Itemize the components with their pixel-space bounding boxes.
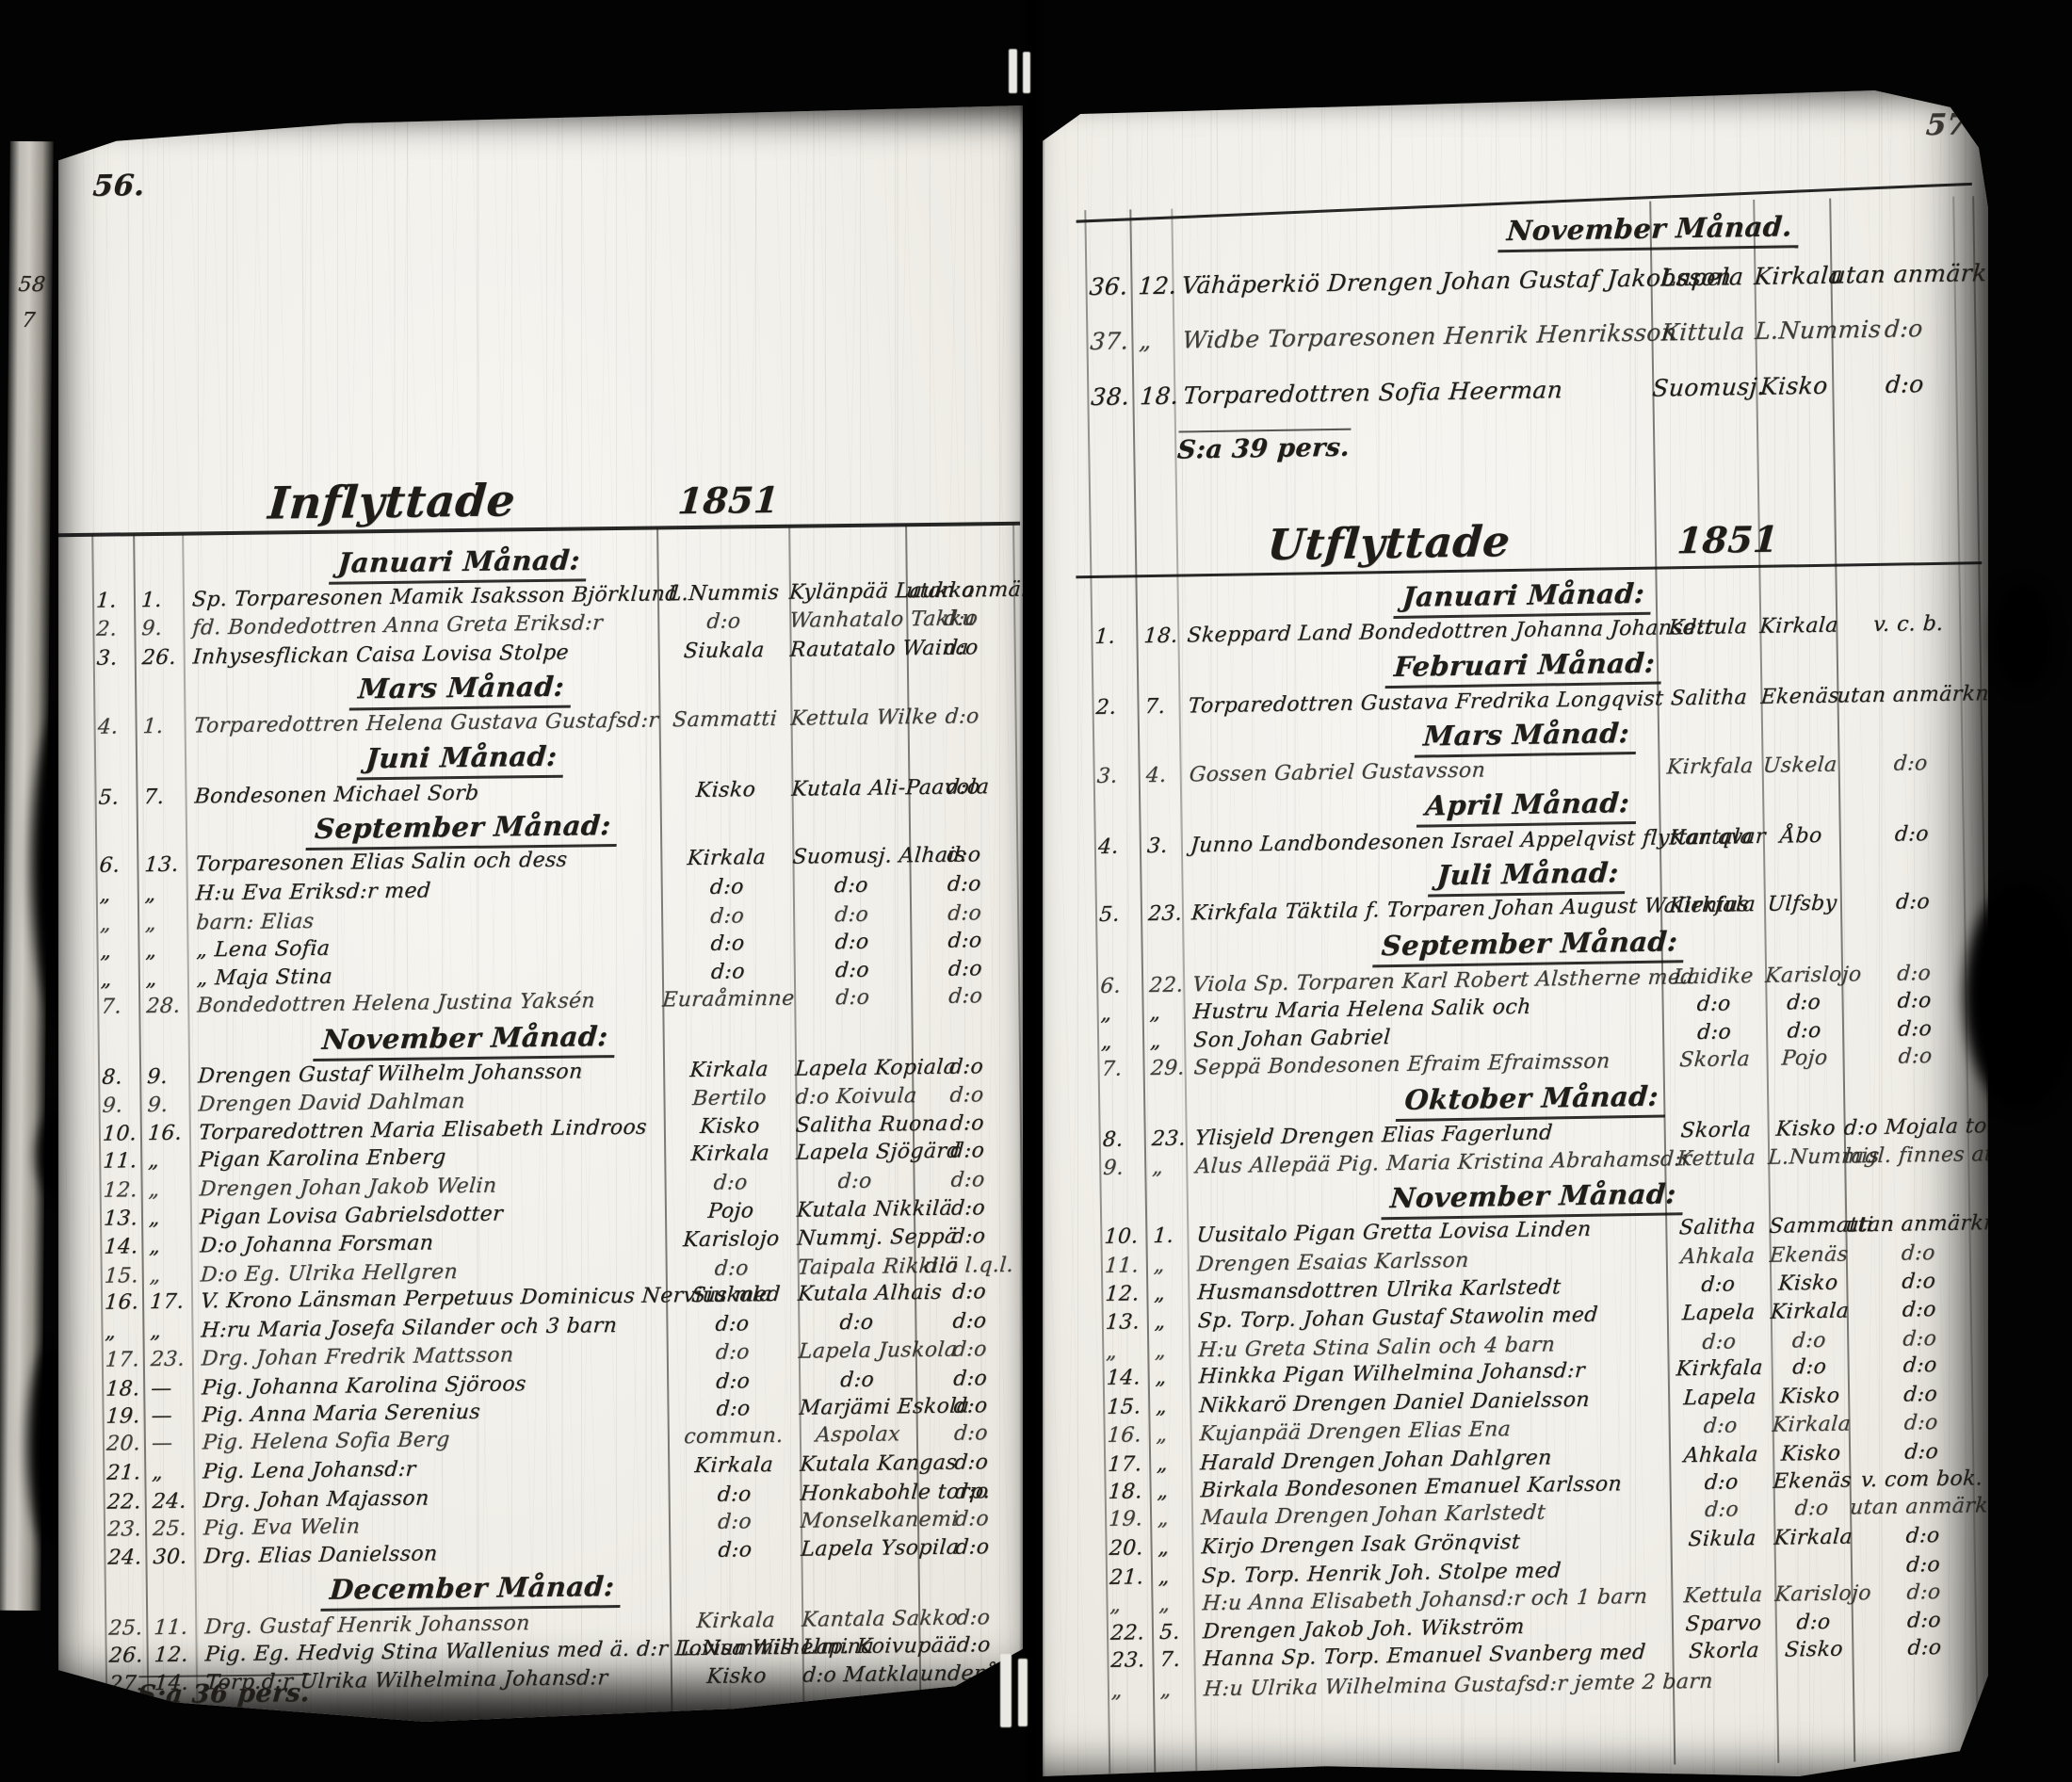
cell-text: Torparesonen Elias Salin och dess	[186, 849, 662, 875]
cell-text: Drg. Gustaf Henrik Johansson	[195, 1612, 672, 1638]
scanned-register-spread: 58 7 56. Inflyttade 1851 Januari Månad:1…	[0, 0, 2072, 1782]
cell-from: d:o	[664, 1173, 798, 1195]
cell-from: Ahkala	[1665, 1246, 1771, 1269]
cell-date: 24.	[144, 1492, 195, 1514]
cell-date: 7.	[136, 787, 186, 809]
cell-to: Wanhatalo Takku	[788, 609, 907, 632]
cell-to: d:o	[792, 904, 911, 927]
cell-text: Pig. Anna Maria Serenius	[192, 1400, 669, 1426]
cell-text: H:u Eva Eriksd:r med	[186, 878, 662, 904]
cell-text: Bondedottren Helena Justina Yaksén	[186, 990, 663, 1016]
cell-remark: d:o	[915, 1339, 1026, 1361]
binding-gutter	[1019, 0, 1045, 1782]
cell-to: Ekenäs	[1769, 1245, 1847, 1267]
month-label: Juni Månad:	[357, 740, 566, 781]
cell-from: Pojo	[664, 1201, 798, 1223]
month-header: Juni Månad:	[132, 734, 791, 784]
cell-date: „	[1147, 1396, 1190, 1417]
utflyttade-entries: Januari Månad:1.18.Skeppard Land Bondedo…	[1090, 568, 1998, 1705]
cell-from: Kisko	[663, 1116, 797, 1139]
film-mark-bottom	[1000, 1654, 1012, 1727]
cell-date: „	[141, 1266, 192, 1288]
cell-from: d:o	[660, 877, 794, 899]
cell-text: H:u Ulrika Wilhelmina Gustafsd:r jemte 2…	[1193, 1672, 1674, 1700]
cell-to: Kirkala	[1759, 616, 1837, 638]
cell-remark: d:o	[1851, 1581, 1998, 1604]
cell-remark: d:o	[909, 845, 1020, 867]
cell-date: 12.	[146, 1645, 197, 1667]
cell-from: Siukala	[657, 640, 791, 663]
cell-no: 36.	[1085, 274, 1132, 299]
cell-remark: d:o	[915, 1311, 1026, 1333]
cell-no: 14.	[100, 1237, 143, 1258]
cell-date: „	[137, 884, 187, 906]
cell-date: 13.	[137, 855, 187, 877]
cell-to: L.Nummis	[1767, 1147, 1845, 1169]
cell-date: 30.	[145, 1547, 196, 1569]
cell-from: d:o	[1661, 1022, 1767, 1045]
cell-no: 5.	[1094, 904, 1141, 926]
cell-no: „	[1107, 1680, 1154, 1702]
cell-to: d:o	[793, 987, 912, 1010]
cell-text: Sp. Torp. Johan Gustaf Stawolin med	[1188, 1304, 1668, 1333]
cell-to: Ulfsby	[1763, 894, 1841, 915]
cell-remark: d:o	[1851, 1610, 1998, 1632]
cell-no: 1.	[1091, 626, 1138, 648]
cell-no: 9.	[98, 1095, 141, 1117]
cell-date: „	[1143, 1158, 1187, 1179]
cell-to: Ekenäs	[1773, 1470, 1851, 1492]
month-label: April Månad:	[1416, 786, 1639, 828]
cell-no: „	[96, 941, 139, 963]
cell-remark: d:o l.q.l.	[914, 1255, 1025, 1277]
cell-text: Kirjo Drengen Isak Grönqvist	[1191, 1530, 1672, 1558]
cell-remark: d:o	[1830, 316, 1977, 341]
cell-text: Viola Sp. Torparen Karl Robert Alstherne…	[1182, 968, 1662, 996]
cell-no: 12.	[1101, 1284, 1148, 1305]
cell-remark: d:o	[1850, 1525, 1997, 1547]
month-label: November Månad.	[1498, 210, 1802, 252]
cell-remark: d:o	[1850, 1554, 1997, 1577]
cell-no: 19.	[1104, 1509, 1151, 1531]
cell-text: Ylisjeld Drengen Elias Fagerlund	[1185, 1122, 1665, 1150]
cell-text: barn: Elias	[186, 907, 662, 933]
cell-remark: d:o	[916, 1482, 1028, 1503]
cell-from: Sikula	[1670, 1529, 1775, 1551]
carryover-summary: S:a 39 pers.	[1176, 429, 1352, 465]
cell-no: 3.	[1093, 766, 1140, 787]
cell-no: 4.	[93, 717, 137, 738]
cell-to: Ekenäs	[1760, 687, 1838, 708]
cell-no: 6.	[1095, 976, 1142, 997]
cell-no: 1.	[91, 591, 135, 612]
scan-dark-blob	[1965, 883, 2072, 1110]
cell-text: H:u Anna Elisabeth Johansd:r och 1 barn	[1192, 1586, 1673, 1614]
cell-no: 26.	[105, 1645, 148, 1667]
cell-text: Torparedottren Gustava Fredrika Longqvis…	[1178, 689, 1659, 718]
cell-from: Sparvo	[1671, 1613, 1776, 1636]
left-summary: S:a 36 pers.	[137, 1674, 312, 1709]
scan-dark-blob	[1995, 584, 2051, 688]
cell-to: Salitha Ruona	[795, 1114, 914, 1137]
cell-from: Sammatti	[658, 709, 792, 732]
cell-text: Pig. Eg. Hedvig Stina Wallenius med ä. d…	[195, 1639, 672, 1665]
cell-no: 25.	[105, 1618, 148, 1640]
cell-text: Drg. Johan Majasson	[193, 1485, 670, 1512]
cell-from	[1671, 1568, 1774, 1570]
cell-remark: d:o	[909, 874, 1020, 896]
cell-date: „	[1150, 1537, 1193, 1559]
cell-from: Kirkfala	[1667, 1358, 1773, 1381]
cell-date: „	[140, 1208, 191, 1230]
cell-remark: d:o	[913, 1198, 1024, 1220]
cell-from: d:o	[661, 933, 795, 956]
cell-to: d:o	[1765, 1021, 1843, 1043]
cell-date: 26.	[134, 648, 185, 670]
cell-remark: d:o	[1846, 1328, 1993, 1351]
cell-date: „	[138, 969, 188, 991]
cell-text: Kujanpää Drengen Elias Ena	[1190, 1417, 1670, 1446]
cell-no: 15.	[100, 1266, 143, 1288]
cell-text: Pig. Eva Welin	[193, 1513, 670, 1539]
cell-remark: d:o	[912, 1113, 1023, 1135]
cell-from: d:o	[1666, 1332, 1772, 1354]
cell-no: 13.	[1101, 1312, 1148, 1334]
cell-to: Kettula Wilke	[790, 707, 909, 730]
cell-no: 21.	[1105, 1567, 1152, 1589]
cell-date: 18.	[1131, 383, 1174, 408]
cell-from: d:o	[661, 962, 795, 984]
cell-to: Marjämi Eskola	[799, 1397, 917, 1419]
page-number-left: 56.	[91, 169, 146, 203]
cell-text: Drengen Esaias Karlsson	[1187, 1248, 1667, 1276]
cell-no: „	[1096, 1031, 1143, 1053]
cell-to	[1776, 1679, 1853, 1680]
cell-text: Hinkka Pigan Wilhelmina Johansd:r	[1189, 1360, 1669, 1388]
month-label: September Månad:	[1372, 925, 1686, 967]
left-page: 56. Inflyttade 1851 Januari Månad:1.1.Sp…	[58, 105, 1023, 1722]
cell-from: Kirkala	[662, 1060, 796, 1082]
cell-no: 3.	[92, 648, 136, 670]
cell-from: Lapela	[1667, 1387, 1773, 1410]
cell-to: d:o	[798, 1369, 916, 1392]
cell-date: „	[1151, 1594, 1194, 1615]
cell-from: d:o	[667, 1399, 801, 1421]
cell-date: „	[141, 1237, 192, 1258]
cell-from: Kantala	[1659, 827, 1764, 850]
cell-text: Gossen Gabriel Gustavsson	[1179, 758, 1659, 786]
cell-text: „ Maja Stina	[186, 963, 663, 989]
cell-to: Åbo	[1762, 826, 1840, 848]
cell-from: Skorla	[1672, 1641, 1777, 1663]
cell-to: Lapela Kopiala	[794, 1058, 913, 1080]
cell-remark: d:o	[906, 638, 1017, 659]
cell-date: 17.	[141, 1292, 192, 1314]
cell-from: d:o	[665, 1258, 799, 1281]
cell-text: Torparedottren Helena Gustava Gustafsd:r	[184, 710, 660, 737]
cell-from: Laidike	[1660, 966, 1766, 989]
cell-date: 9.	[134, 619, 185, 640]
cell-date: 1.	[135, 717, 186, 738]
cell-to: Kisko	[1772, 1444, 1850, 1466]
cell-from: Kirkfala	[1658, 756, 1763, 779]
cell-remark: d:o	[910, 931, 1021, 952]
cell-from: Kettula	[1671, 1585, 1776, 1608]
cell-text: fd. Bondedottren Anna Greta Eriksd:r	[183, 612, 659, 639]
cell-to: Kirkala	[1772, 1415, 1850, 1436]
cell-no: 19.	[102, 1406, 145, 1428]
cell-text: Hustru Maria Helena Salik och	[1183, 996, 1663, 1024]
cell-from: Suomusj.	[1651, 374, 1756, 399]
cell-to: Uskela	[1761, 755, 1839, 777]
cell-no: 7.	[1097, 1059, 1144, 1080]
cell-no: 18.	[1104, 1482, 1151, 1503]
cell-from: commun.	[667, 1426, 801, 1449]
month-label: Mars Månad:	[348, 671, 573, 711]
cell-remark: d:o	[914, 1282, 1025, 1304]
cell-remark: d:o	[907, 706, 1018, 728]
cell-text: Drg. Johan Fredrik Mattsson	[191, 1343, 668, 1369]
cell-from: d:o	[666, 1342, 800, 1365]
cell-remark: utan anmärk.	[905, 580, 1016, 602]
cell-date: 7.	[1152, 1649, 1195, 1671]
cell-to: d:o Matkla	[801, 1664, 920, 1687]
cell-no: 2.	[92, 619, 136, 640]
cell-text: Seppä Bondesonen Efraim Efraimsson	[1184, 1051, 1664, 1079]
cell-to: Sammatti	[1769, 1216, 1847, 1238]
cell-to: Kirkala	[1754, 263, 1832, 287]
cell-no: 21.	[102, 1463, 145, 1484]
cell-date: 23.	[142, 1350, 193, 1371]
cell-to: Kisko	[1771, 1386, 1849, 1408]
cell-remark: d:o	[912, 1085, 1023, 1107]
cell-date: 9.	[139, 1095, 190, 1117]
cell-text: D:o Johanna Forsman	[190, 1230, 667, 1256]
month-label: December Månad:	[320, 1570, 623, 1612]
month-header: December Månad:	[142, 1564, 801, 1614]
cell-date: 28.	[138, 996, 188, 1018]
month-label: Januari Månad:	[329, 543, 589, 584]
cell-remark: d:o	[1845, 1271, 1992, 1293]
cell-date: 5.	[1151, 1622, 1194, 1644]
cell-date: —	[143, 1406, 194, 1428]
cell-from: d:o	[666, 1314, 800, 1336]
cell-remark: d:o	[1845, 1242, 1992, 1265]
cell-no: 4.	[1093, 836, 1141, 858]
cell-to: Taipala Rikkilä	[797, 1256, 915, 1279]
cell-text: Pigan Karolina Enberg	[188, 1144, 665, 1171]
cell-date: 9.	[138, 1067, 189, 1089]
cell-remark: d:o	[915, 1452, 1027, 1474]
cell-text: Harald Drengen Johan Dahlgren	[1190, 1447, 1670, 1475]
cell-to: Kisko	[1767, 1119, 1845, 1141]
cell-text: Uusitalo Pigan Gretta Lovisa Linden	[1187, 1219, 1667, 1247]
cell-to: d:o	[798, 1312, 916, 1335]
cell-remark: d:o	[915, 1369, 1026, 1390]
cell-remark: d:o	[1837, 753, 1984, 775]
cell-remark: d:o	[1848, 1412, 1995, 1434]
cell-date: 18.	[1136, 626, 1179, 648]
cell-no: 23.	[103, 1519, 146, 1541]
cell-to: Honkabohle torp.	[800, 1482, 918, 1505]
cell-from: Kirkala	[667, 1455, 801, 1478]
film-mark-top	[1009, 49, 1017, 93]
cell-remark: d:o	[917, 1608, 1028, 1629]
cell-to: d:o	[1770, 1331, 1848, 1353]
cell-no: 23.	[1107, 1650, 1154, 1672]
cell-remark: d:o	[909, 903, 1020, 925]
cell-from: Kirkfala	[1659, 895, 1765, 917]
cell-no: 8.	[1098, 1129, 1145, 1151]
page-title-utflyttade: Utflyttade	[1266, 516, 1512, 570]
cell-remark: d:o	[1847, 1354, 1994, 1377]
cell-text: Pigan Lovisa Gabrielsdotter	[189, 1202, 666, 1228]
cell-date: 16.	[139, 1124, 190, 1145]
cell-no: 2.	[1092, 697, 1139, 719]
cell-from: Kirkala	[669, 1611, 802, 1633]
cell-text: Drg. Elias Danielsson	[194, 1541, 671, 1567]
month-label: Oktober Månad:	[1396, 1079, 1667, 1122]
cell-to: Kutala Kangas	[799, 1453, 917, 1476]
cell-text: Pig. Johanna Karolina Sjöroos	[191, 1372, 668, 1399]
cell-text: Drengen Gustaf Wilhelm Johansson	[187, 1061, 664, 1087]
cell-date: „	[1148, 1453, 1191, 1475]
cell-date: 1.	[133, 591, 184, 612]
cell-from: Lapela	[1666, 1303, 1772, 1325]
margin-mark: 58	[17, 273, 46, 297]
cell-date: „	[142, 1321, 193, 1343]
cell-remark: d:o	[905, 608, 1016, 630]
cell-no: 18.	[101, 1379, 144, 1401]
cell-from: Karislojo	[665, 1229, 799, 1252]
cell-no: 16.	[100, 1292, 143, 1314]
cell-from: Skorla	[1663, 1120, 1769, 1142]
cell-remark: utan anmärkn.	[1837, 684, 1983, 706]
cell-no: 15.	[1102, 1397, 1149, 1418]
cell-remark: d:o	[1847, 1384, 1994, 1406]
cell-remark: d:o	[910, 959, 1021, 980]
cell-remark: utan anmärkning	[1849, 1496, 1996, 1518]
cell-from: d:o	[1668, 1416, 1773, 1438]
cell-date: „	[1145, 1255, 1189, 1277]
cell-remark: d:o Mojala torp.	[1843, 1116, 1990, 1139]
page-title-inflyttade: Inflyttade	[267, 475, 517, 529]
cell-remark: d:o	[914, 1226, 1025, 1248]
cell-from: L.Nummis	[670, 1638, 803, 1660]
cell-no: 8.	[97, 1067, 140, 1089]
cell-date: „	[138, 941, 188, 963]
cell-remark: d:o	[917, 1537, 1028, 1559]
cell-no: 5.	[94, 787, 138, 809]
cell-to: d:o	[1773, 1498, 1851, 1519]
cell-text: Widbe Torparesonen Henrik Henriksson	[1173, 320, 1653, 351]
cell-text: Pig. Helena Sofia Berg	[192, 1427, 669, 1453]
cell-from: d:o	[666, 1371, 800, 1394]
cell-to: Kutala Alhais	[797, 1283, 915, 1305]
cell-no: „	[95, 884, 138, 906]
cell-text: Sp. Torp. Henrik Joh. Stolpe med	[1191, 1559, 1672, 1587]
cell-from: Euraåminne	[661, 989, 795, 1012]
cell-remark: utan anmärk.	[1830, 261, 1977, 286]
cell-no: „	[1102, 1341, 1149, 1363]
cell-date: „	[1141, 1031, 1185, 1053]
cell-to: Lapela Ysopila	[801, 1538, 919, 1561]
cell-to: Kisko	[1770, 1273, 1848, 1295]
cell-date: 3.	[1139, 836, 1182, 858]
cell-no: „	[1096, 1003, 1143, 1025]
cell-from: d:o	[660, 906, 794, 929]
cell-to: Karislojo	[1774, 1583, 1853, 1605]
cell-from: Ahkala	[1668, 1445, 1773, 1467]
margin-mark: 7	[21, 309, 37, 332]
cell-from: Kettula	[1663, 1148, 1769, 1171]
cell-to: Lap. Koivupää	[801, 1636, 920, 1659]
cell-to: Suomusj. Alhais	[792, 846, 911, 868]
cell-date: „	[1149, 1481, 1192, 1502]
cell-from: Kirkala	[660, 848, 794, 870]
cell-remark: d:o	[908, 777, 1019, 799]
cell-to: d:o	[796, 1171, 915, 1193]
cell-text: Drengen David Dahlman	[188, 1089, 665, 1115]
cell-from: Salitha	[1665, 1217, 1771, 1239]
month-label: Juli Månad:	[1428, 856, 1627, 897]
cell-date: „	[1149, 1508, 1192, 1530]
cell-no: 22.	[1106, 1623, 1153, 1644]
cell-date: „	[1150, 1566, 1193, 1588]
cell-remark: d:o	[910, 986, 1021, 1008]
cell-from: d:o	[669, 1540, 802, 1563]
cell-to: d:o Koivula	[795, 1086, 914, 1109]
inflyttade-entries: Januari Månad:1.1.Sp. Torparesonen Mamik…	[91, 535, 1028, 1699]
cell-to	[1774, 1567, 1851, 1568]
cell-date: „	[1146, 1312, 1190, 1334]
cell-remark: d:o	[1852, 1637, 1999, 1660]
cell-text: Torparedottren Maria Elisabeth Lindroos	[188, 1117, 665, 1143]
film-mark-bottom	[1018, 1659, 1028, 1726]
cell-to: d:o	[1771, 1357, 1849, 1379]
cell-no: 10.	[1100, 1226, 1147, 1248]
cell-remark: v. c. b.	[1836, 613, 1983, 636]
cell-text: H:ru Maria Josefa Silander och 3 barn	[191, 1315, 668, 1341]
cell-text: Torparedottren Sofia Heerman	[1173, 376, 1653, 407]
cell-no: 37.	[1086, 329, 1133, 353]
cell-date: 29.	[1142, 1059, 1186, 1080]
cell-to: Kylänpää Laukko	[788, 581, 907, 604]
cell-no: 17.	[101, 1350, 144, 1371]
cell-remark: d:o	[911, 1057, 1022, 1078]
cell-no: 12.	[99, 1180, 142, 1202]
cell-date: 11.	[146, 1618, 197, 1640]
cell-date: „	[140, 1180, 191, 1202]
cell-no: 17.	[1103, 1454, 1150, 1476]
cell-from: Skorla	[1662, 1049, 1768, 1072]
cell-to: Kantala Sakko	[801, 1609, 919, 1631]
cell-text: Inhysesflickan Caisa Lovisa Stolpe	[183, 641, 659, 668]
cell-date: „	[1152, 1679, 1195, 1701]
cell-no: 24.	[104, 1547, 147, 1569]
cell-remark: d:o	[1831, 371, 1978, 397]
month-label: September Månad:	[305, 809, 619, 850]
cell-to: Nummj. Seppä	[797, 1227, 915, 1250]
cell-to: Lapela Sjögärd	[795, 1142, 914, 1164]
cell-to: Kisko	[1755, 373, 1833, 397]
cell-to: Kutala Ali-Paavola	[791, 778, 910, 801]
cell-date: „	[143, 1463, 194, 1484]
right-page: 57 November Månad.36.12.Vähäperkiö Dreng…	[1043, 90, 1988, 1776]
cell-to: Sisko	[1775, 1639, 1853, 1660]
cell-to: Kirkala	[1770, 1302, 1848, 1323]
cell-date: 12.	[1130, 273, 1174, 298]
